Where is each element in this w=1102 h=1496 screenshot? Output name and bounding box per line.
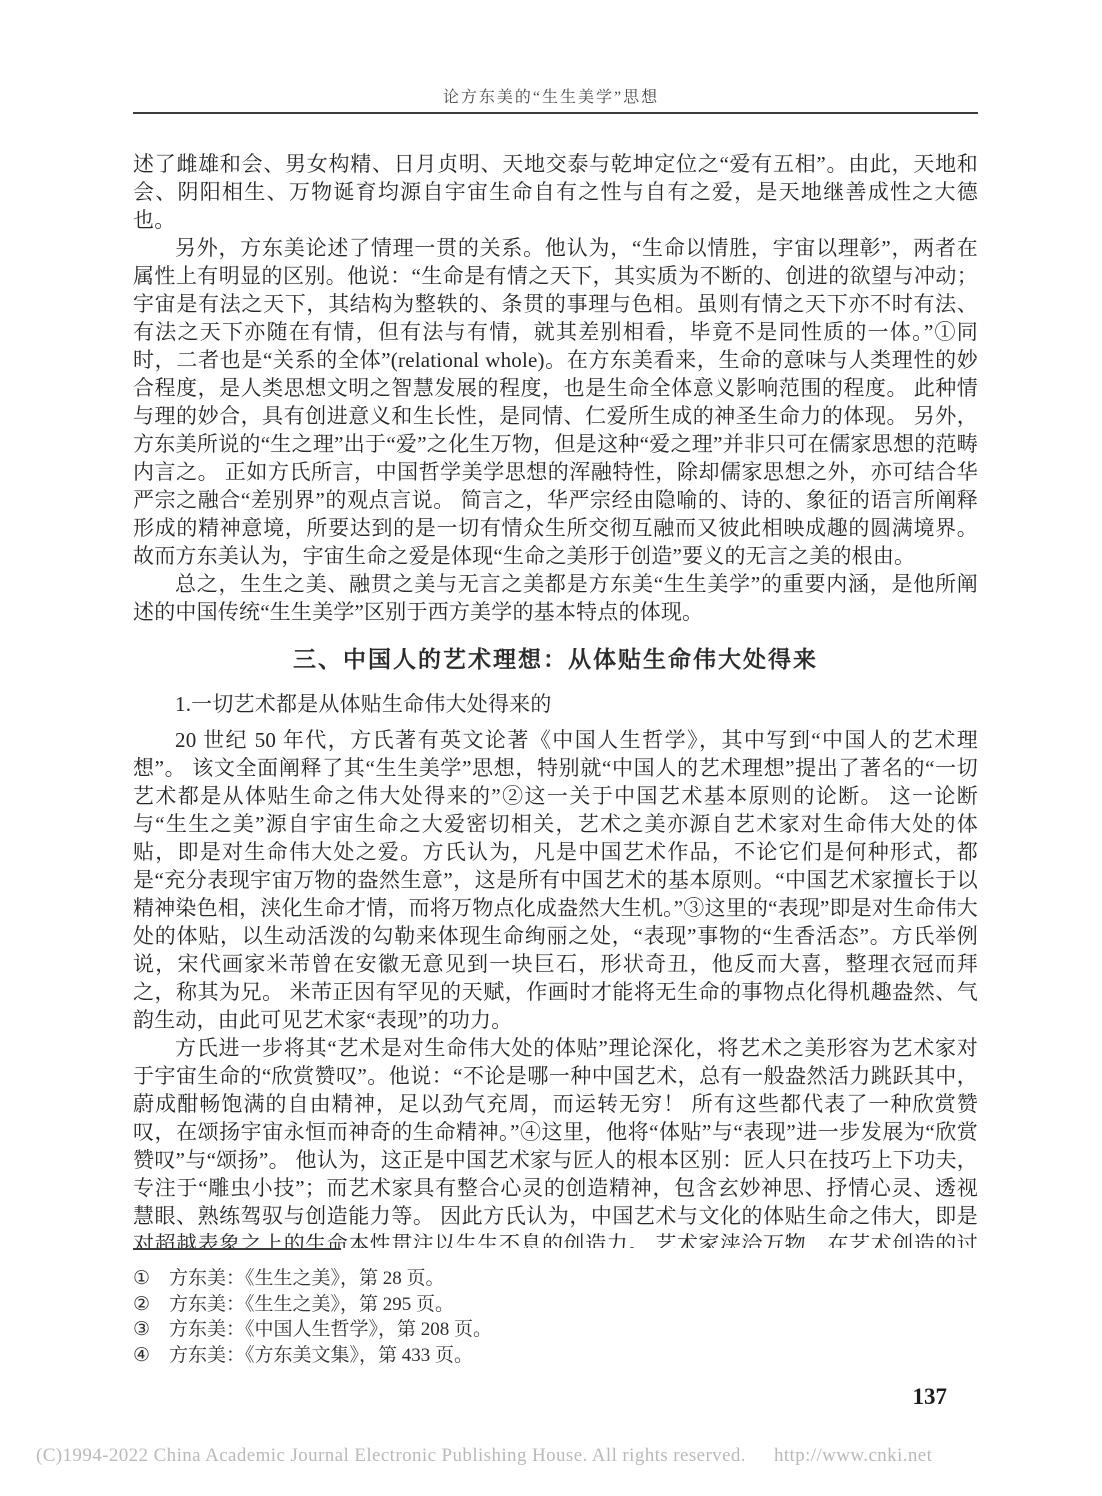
footnote-1: ① 方东美：《生生之美》，第 28 页。: [133, 1266, 978, 1292]
document-page: 论方东美的“生生美学”思想 述了雌雄和会、男女构精、日月贞明、天地交泰与乾坤定位…: [0, 0, 1102, 1496]
article-body: 述了雌雄和会、男女构精、日月贞明、天地交泰与乾坤定位之“爱有五相”。由此，天地和…: [133, 150, 978, 1286]
paragraph-qingli: 另外，方东美论述了情理一贯的关系。他认为，“生命以情胜，宇宙以理彰”，两者在属性…: [133, 234, 978, 570]
copyright-footer: (C)1994-2022 China Academic Journal Elec…: [36, 1445, 1076, 1467]
footnote-text: 方东美：《方东美文集》，第 433 页。: [169, 1343, 978, 1369]
footnote-3: ③ 方东美：《中国人生哲学》，第 208 页。: [133, 1317, 978, 1343]
paragraph-summary: 总之，生生之美、融贯之美与无言之美都是方东美“生生美学”的重要内涵，是他所阐述的…: [133, 570, 978, 626]
footnote-number: ③: [133, 1317, 169, 1343]
header-divider: [133, 112, 978, 114]
footnote-2: ② 方东美：《生生之美》，第 295 页。: [133, 1292, 978, 1318]
copyright-text: (C)1994-2022 China Academic Journal Elec…: [36, 1445, 746, 1466]
footnote-number: ②: [133, 1292, 169, 1318]
footnote-number: ④: [133, 1343, 169, 1369]
paragraph-art-ideal: 20 世纪 50 年代，方氏著有英文论著《中国人生哲学》，其中写到“中国人的艺术…: [133, 726, 978, 1034]
footnotes-block: ① 方东美：《生生之美》，第 28 页。 ② 方东美：《生生之美》，第 295 …: [133, 1248, 978, 1368]
footnote-number: ①: [133, 1266, 169, 1292]
section-heading: 三、中国人的艺术理想：从体贴生命伟大处得来: [133, 644, 978, 676]
running-head-title: 论方东美的“生生美学”思想: [0, 84, 1102, 107]
paragraph-intro-continuation: 述了雌雄和会、男女构精、日月贞明、天地交泰与乾坤定位之“爱有五相”。由此，天地和…: [133, 150, 978, 234]
footnote-text: 方东美：《中国人生哲学》，第 208 页。: [169, 1317, 978, 1343]
footer-url: http://www.cnki.net: [774, 1445, 932, 1466]
footnote-text: 方东美：《生生之美》，第 295 页。: [169, 1292, 978, 1318]
footnote-text: 方东美：《生生之美》，第 28 页。: [169, 1266, 978, 1292]
subsection-heading: 1.一切艺术都是从体贴生命伟大处得来的: [133, 690, 978, 718]
footnote-4: ④ 方东美：《方东美文集》，第 433 页。: [133, 1343, 978, 1369]
page-number: 137: [913, 1384, 948, 1410]
footnote-divider: [133, 1248, 341, 1250]
